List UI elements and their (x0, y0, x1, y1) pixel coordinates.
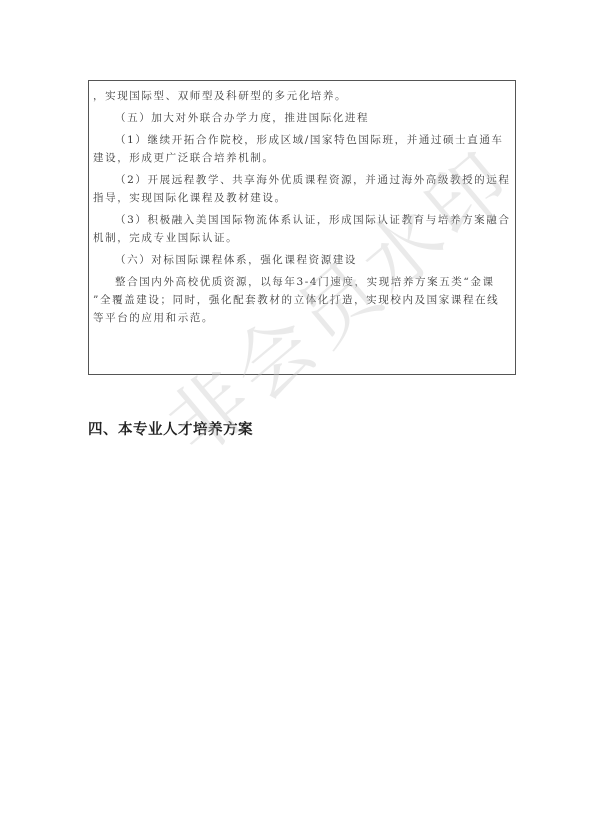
section-heading: 四、本专业人才培养方案 (88, 418, 253, 439)
text-line: ”全覆盖建设；同时，强化配套教材的立体化打造，实现校内及国家课程在线 (93, 293, 499, 307)
text-line: 整合国内外高校优质资源，以每年3-4门速度，实现培养方案五类“金课 (115, 275, 495, 289)
text-line: 指导，实现国际化课程及教材建设。 (93, 191, 287, 205)
subsection-heading: （六）对标国际课程体系，强化课程资源建设 (115, 253, 357, 267)
text-line: ，实现国际型、双师型及科研型的多元化培养。 (93, 89, 347, 103)
text-line: （3）积极融入美国国际物流体系认证，形成国际认证教育与培养方案融合 (115, 213, 510, 227)
subsection-heading: （五）加大对外联合办学力度，推进国际化进程 (115, 111, 369, 125)
text-line: 机制，完成专业国际认证。 (93, 231, 238, 245)
text-line: （2）开展远程教学、共享海外优质课程资源，并通过海外高级教授的远程 (115, 173, 510, 187)
text-line: 建设，形成更广泛联合培养机制。 (93, 151, 275, 165)
text-line: （1）继续开拓合作院校，形成区域/国家特色国际班，并通过硕士直通车 (115, 133, 504, 147)
content-table-cell: ，实现国际型、双师型及科研型的多元化培养。 （五）加大对外联合办学力度，推进国际… (88, 80, 516, 375)
text-line: 等平台的应用和示范。 (93, 311, 214, 325)
